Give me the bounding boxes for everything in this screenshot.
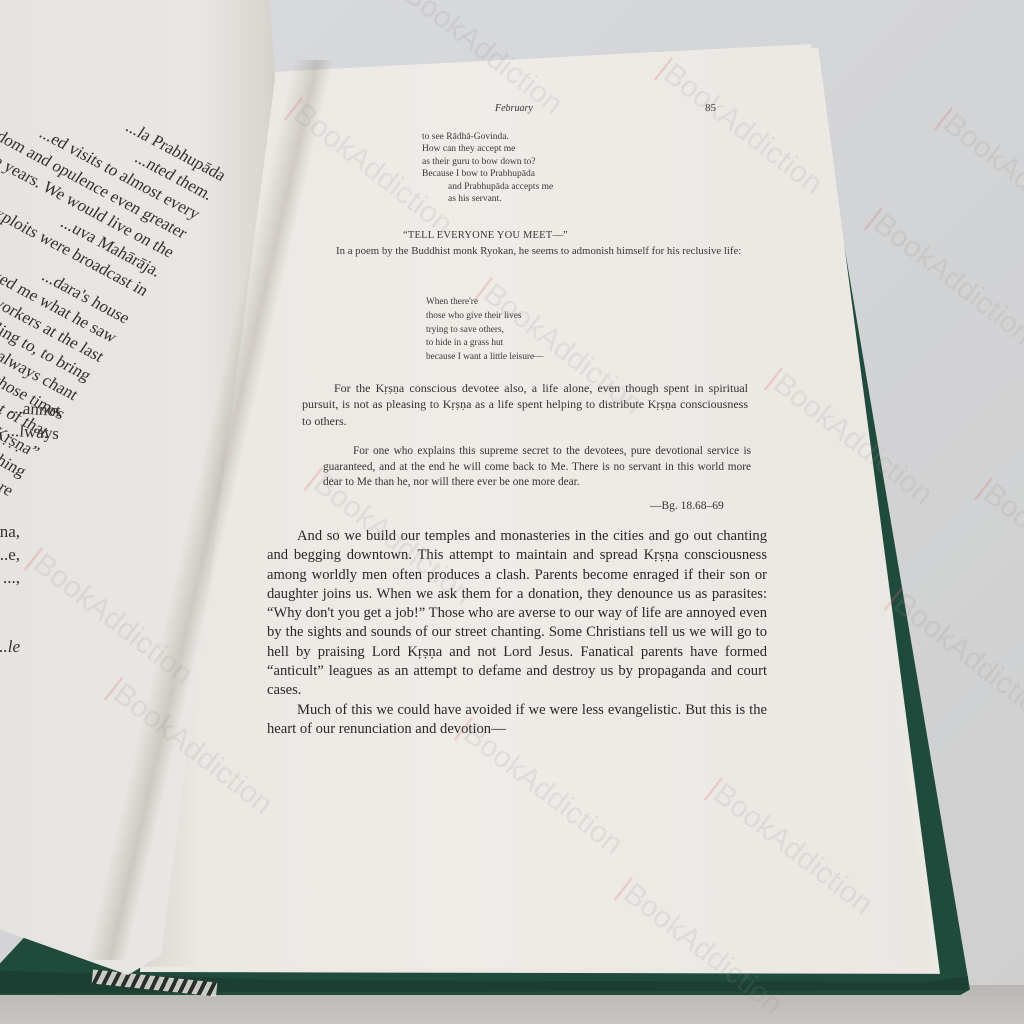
verse-line: as their guru to bow down to? (422, 156, 553, 168)
verse-line: as his servant. (422, 193, 553, 205)
left-fragment: ..., (0, 566, 20, 589)
body-paragraph: And so we build our temples and monaster… (267, 527, 767, 701)
poem-line: those who give their lives (426, 310, 543, 324)
intro-paragraph: In a poem by the Buddhist monk Ryokan, h… (316, 243, 742, 259)
watermark: |BookAddiction (971, 472, 1024, 622)
watermark: |BookAddiction (931, 102, 1024, 252)
left-page-fragments: ...na, ...e, ..., ...le (0, 520, 20, 658)
running-head: February (495, 103, 533, 114)
block-quote: For one who explains this supreme secret… (323, 444, 751, 491)
left-fragment: ...na, (0, 520, 20, 543)
section-title: “TELL EVERYONE YOU MEET—” (403, 230, 568, 241)
poem-line: to hide in a grass hut (426, 337, 543, 351)
poem-line: When there're (426, 296, 543, 310)
verse-line: How can they accept me (422, 143, 553, 155)
body-paragraph: Much of this we could have avoided if we… (267, 701, 767, 740)
verse-block: to see Rādhā-Govinda. How can they accep… (422, 131, 553, 205)
poem-block: When there're those who give their lives… (426, 296, 543, 365)
left-page-lower-text: ...annot ...lways (0, 391, 61, 445)
book-photo: February 85 to see Rādhā-Govinda. How ca… (0, 0, 1024, 1024)
left-fragment: ...e, (0, 543, 20, 566)
poem-line: because I want a little leisure— (426, 351, 543, 365)
verse-line: and Prabhupāda accepts me (422, 181, 553, 193)
verse-line: Because I bow to Prabhupāda (422, 168, 553, 180)
body-text: And so we build our temples and monaster… (267, 527, 767, 739)
poem-line: trying to save others, (426, 324, 543, 338)
page-number: 85 (705, 102, 716, 114)
watermark: |BookAddiction (861, 202, 1024, 352)
paragraph: For the Kṛṣṇa conscious devotee also, a … (302, 380, 748, 429)
citation: —Bg. 18.68–69 (650, 500, 724, 512)
left-fragment: ...le (0, 635, 20, 658)
verse-line: to see Rādhā-Govinda. (422, 131, 553, 143)
